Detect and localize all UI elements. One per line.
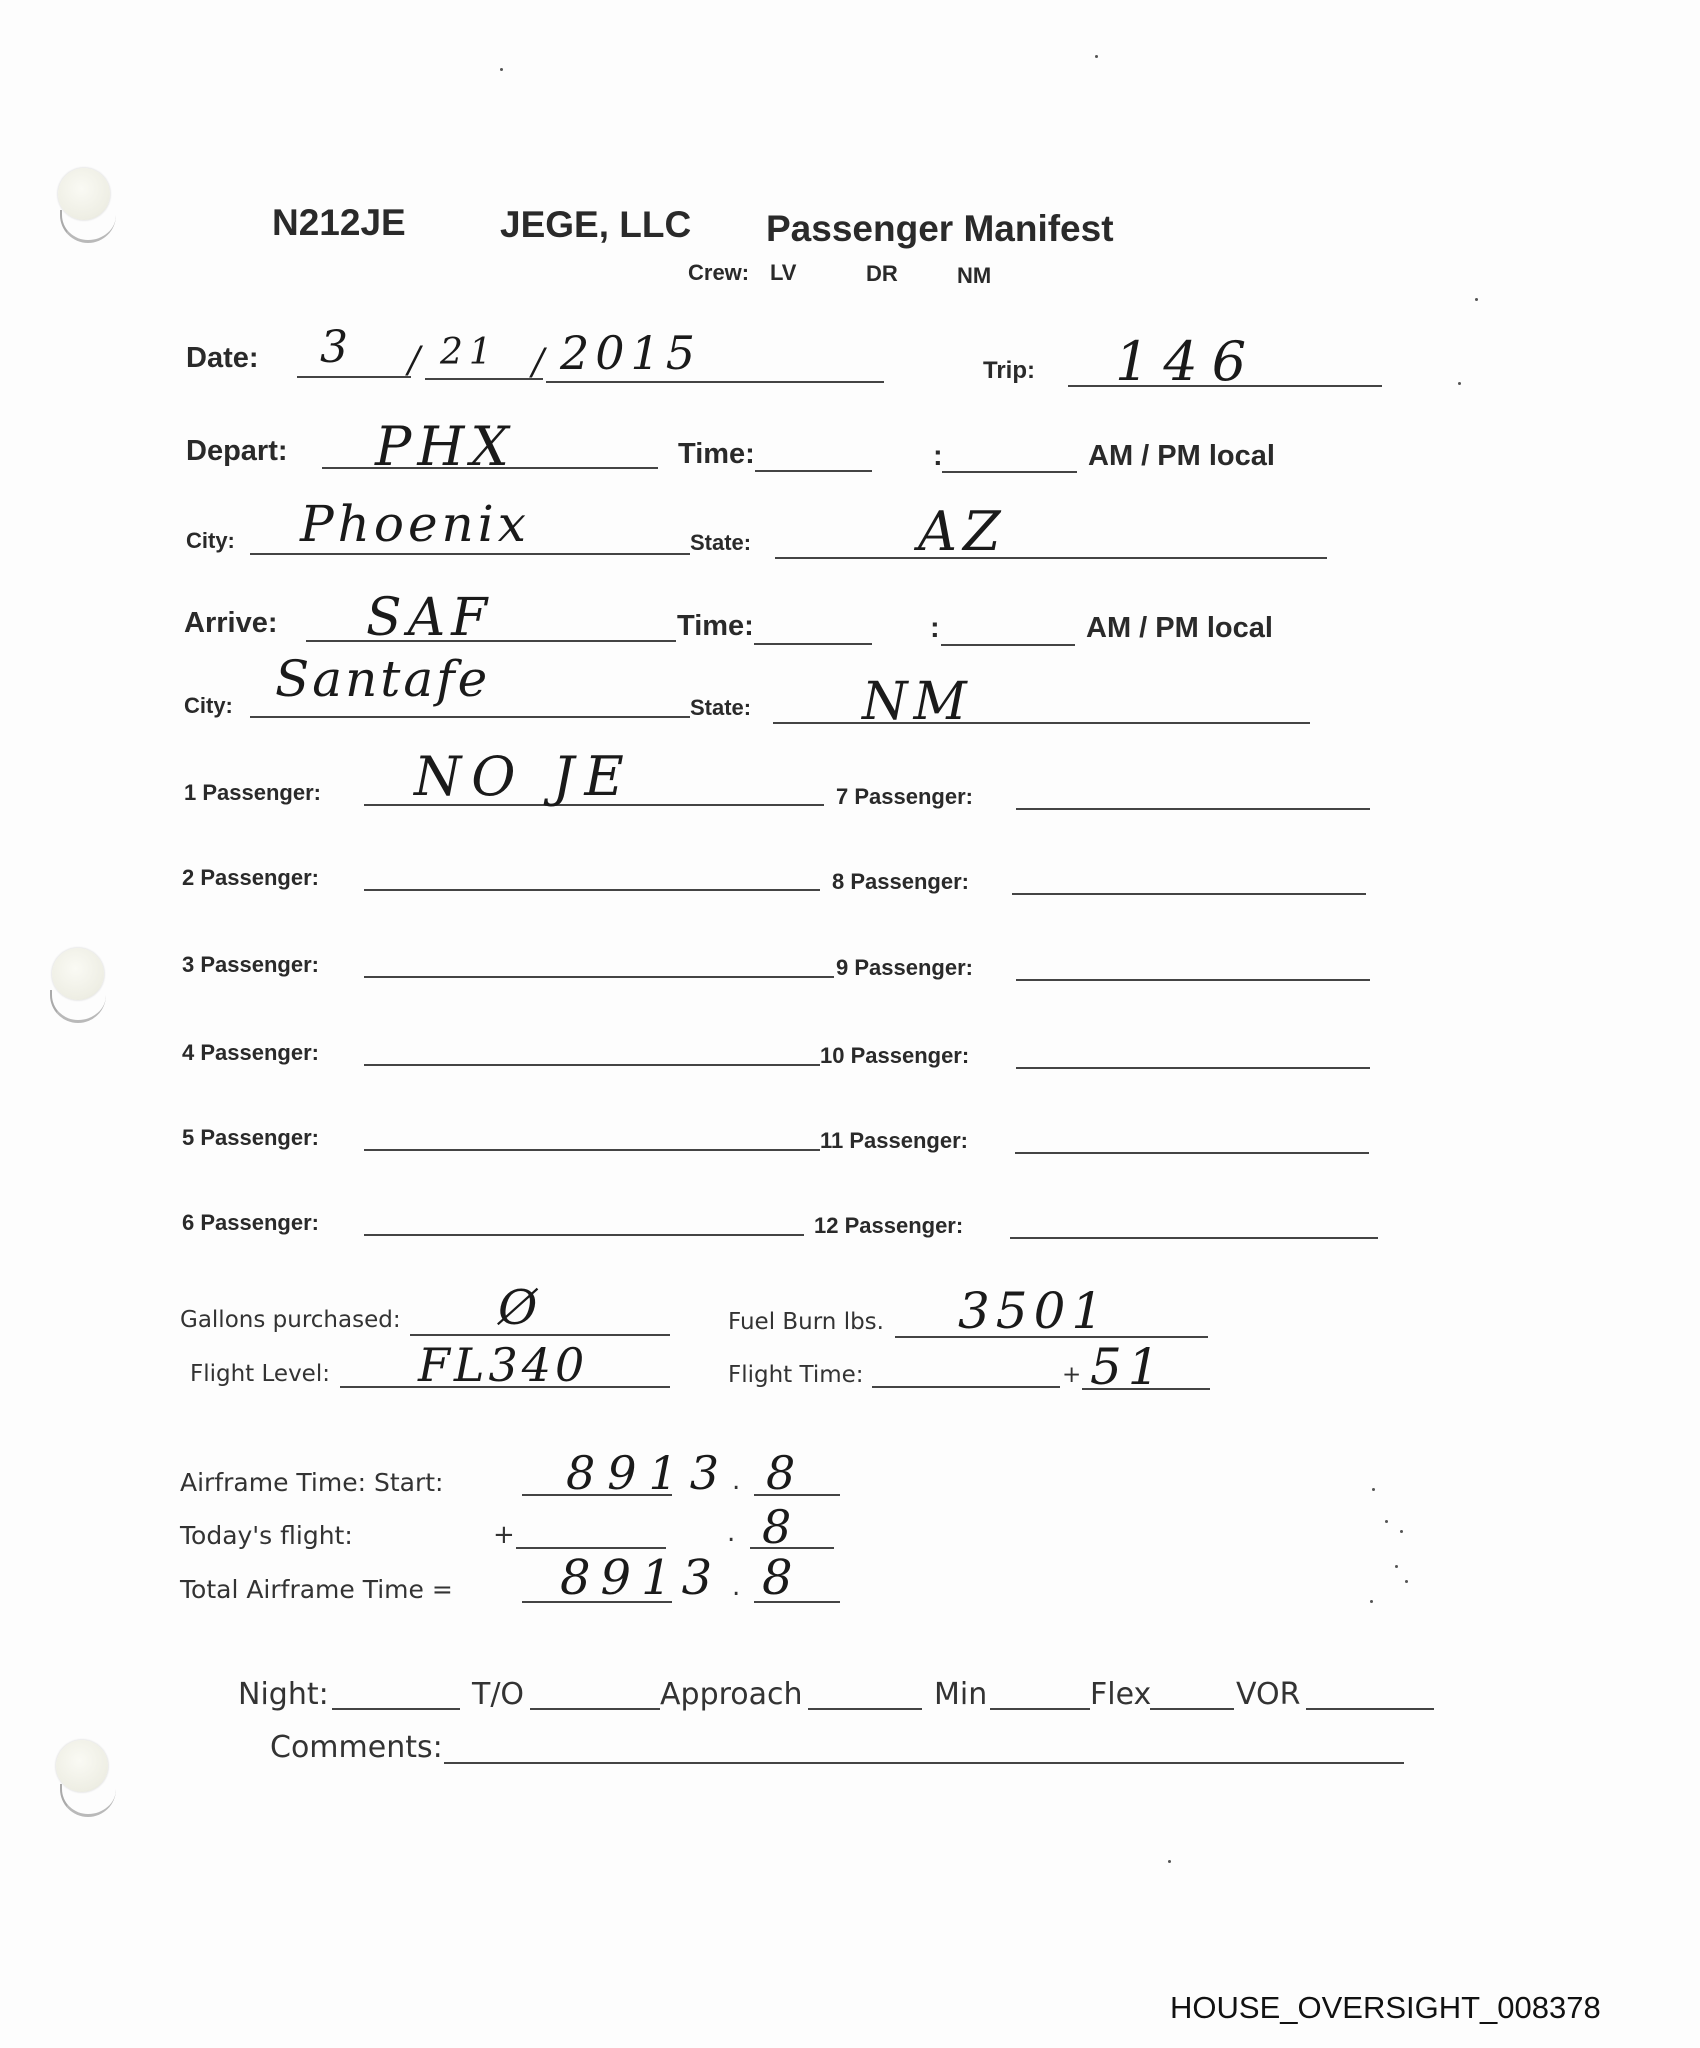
date-day-value: 21 <box>440 332 498 373</box>
date-month-value: 3 <box>320 322 354 373</box>
passenger-1-label: 1 Passenger: <box>184 780 321 806</box>
airframe-start-dot: . <box>732 1466 740 1496</box>
scan-speck <box>1458 382 1461 385</box>
passenger-4-label: 4 Passenger: <box>182 1040 319 1066</box>
depart-state-label: State: <box>690 530 751 556</box>
arrive-ampm-label: AM / PM local <box>1086 612 1273 645</box>
arrive-time-hour-field[interactable] <box>754 643 872 645</box>
passenger-12-label: 12 Passenger: <box>814 1213 963 1239</box>
scan-speck <box>1372 1488 1375 1491</box>
scan-speck <box>1405 1580 1408 1583</box>
passenger-2-field[interactable] <box>364 889 820 891</box>
date-day-field[interactable] <box>425 378 543 380</box>
crew-label: Crew: <box>688 260 749 286</box>
passenger-6-label: 6 Passenger: <box>182 1210 319 1236</box>
todays-flight-dot: . <box>727 1518 735 1548</box>
airframe-start-whole-value: 8913 <box>566 1446 731 1500</box>
trip-label: Trip: <box>983 357 1035 385</box>
arrive-state-value: NM <box>862 672 973 732</box>
passenger-12-field[interactable] <box>1010 1237 1378 1239</box>
arrive-city-field[interactable] <box>250 716 690 718</box>
flight-time-label: Flight Time: <box>728 1362 864 1388</box>
todays-flight-whole-field[interactable] <box>516 1547 666 1549</box>
passenger-7-label: 7 Passenger: <box>836 784 973 810</box>
arrive-label: Arrive: <box>184 607 278 640</box>
vor-label: VOR <box>1236 1677 1300 1712</box>
airframe-start-tenth-value: 8 <box>766 1446 801 1500</box>
night-field[interactable] <box>332 1708 460 1710</box>
passenger-10-label: 10 Passenger: <box>820 1043 969 1069</box>
total-airframe-whole-value: 8913 <box>560 1550 722 1606</box>
depart-time-hour-field[interactable] <box>755 470 872 472</box>
depart-ampm-label: AM / PM local <box>1088 440 1275 473</box>
tail-number: N212JE <box>272 202 406 244</box>
night-label: Night: <box>238 1677 329 1712</box>
depart-label: Depart: <box>186 435 288 468</box>
fuel-burn-value: 3501 <box>958 1282 1109 1340</box>
depart-city-value: Phoenix <box>300 495 530 553</box>
min-label: Min <box>934 1677 987 1712</box>
gallons-purchased-label: Gallons purchased: <box>180 1307 401 1333</box>
takeoff-field[interactable] <box>530 1708 660 1710</box>
flight-level-value: FL340 <box>418 1338 588 1392</box>
hole-punch-bottom-shadow <box>60 1784 116 1817</box>
passenger-8-label: 8 Passenger: <box>832 869 969 895</box>
trip-number-value: 146 <box>1115 330 1260 393</box>
min-field[interactable] <box>990 1708 1090 1710</box>
date-year-value: 2015 <box>560 326 701 380</box>
flex-label: Flex <box>1090 1677 1151 1712</box>
total-airframe-dot: . <box>732 1572 740 1602</box>
flex-field[interactable] <box>1150 1708 1234 1710</box>
vor-field[interactable] <box>1306 1708 1434 1710</box>
gallons-purchased-value: Ø <box>498 1280 543 1336</box>
scan-speck <box>1475 298 1478 301</box>
arrive-city-label: City: <box>184 693 233 719</box>
depart-city-label: City: <box>186 528 235 554</box>
depart-city-field[interactable] <box>250 553 690 555</box>
depart-state-field[interactable] <box>775 557 1327 559</box>
passenger-3-label: 3 Passenger: <box>182 952 319 978</box>
flight-time-hours-field[interactable] <box>872 1386 1060 1388</box>
arrive-state-field[interactable] <box>773 722 1310 724</box>
todays-flight-label: Today's flight: <box>180 1521 353 1550</box>
crew-member-3: NM <box>957 263 991 289</box>
flight-time-minutes-value: 51 <box>1090 1338 1166 1396</box>
depart-time-minute-field[interactable] <box>942 471 1077 473</box>
scan-speck <box>1095 55 1098 58</box>
todays-flight-tenth-value: 8 <box>762 1500 797 1554</box>
crew-member-2: DR <box>866 261 898 287</box>
scan-speck <box>1385 1520 1388 1523</box>
comments-field[interactable] <box>444 1762 1404 1764</box>
company-name: JEGE, LLC <box>500 204 691 246</box>
date-year-field[interactable] <box>546 381 884 383</box>
manifest-page: N212JE JEGE, LLC Passenger Manifest Crew… <box>0 0 1700 2048</box>
passenger-3-field[interactable] <box>364 976 834 978</box>
hole-punch-middle-shadow <box>50 990 106 1023</box>
date-label: Date: <box>186 342 259 375</box>
date-month-field[interactable] <box>297 376 411 378</box>
hole-punch-top-shadow <box>60 210 116 243</box>
comments-label: Comments: <box>270 1730 443 1765</box>
date-separator-2: / <box>532 342 550 383</box>
arrive-state-label: State: <box>690 695 751 721</box>
passenger-11-label: 11 Passenger: <box>820 1128 968 1154</box>
takeoff-label: T/O <box>472 1677 524 1712</box>
total-airframe-label: Total Airframe Time = <box>180 1575 453 1604</box>
arrive-time-colon: : <box>930 612 940 645</box>
scan-speck <box>500 68 503 71</box>
scan-speck <box>1395 1565 1398 1568</box>
scan-speck <box>1400 1530 1403 1533</box>
passenger-10-field[interactable] <box>1016 1067 1370 1069</box>
passenger-2-label: 2 Passenger: <box>182 865 319 891</box>
passenger-9-field[interactable] <box>1016 979 1370 981</box>
passenger-1-value: NO JE <box>414 745 634 808</box>
approach-label: Approach <box>660 1677 803 1712</box>
passenger-5-label: 5 Passenger: <box>182 1125 319 1151</box>
arrive-time-minute-field[interactable] <box>941 644 1075 646</box>
depart-time-colon: : <box>933 440 943 473</box>
approach-field[interactable] <box>808 1708 922 1710</box>
fuel-burn-label: Fuel Burn lbs. <box>728 1309 884 1335</box>
crew-member-1: LV <box>770 260 796 286</box>
passenger-6-field[interactable] <box>364 1234 804 1236</box>
passenger-7-field[interactable] <box>1016 808 1370 810</box>
scan-speck <box>1168 1860 1171 1863</box>
airframe-start-label: Airframe Time: Start: <box>180 1468 443 1497</box>
arrive-city-value: Santafe <box>275 650 490 708</box>
depart-time-label: Time: <box>678 438 755 471</box>
flight-level-label: Flight Level: <box>190 1361 330 1387</box>
bates-number: HOUSE_OVERSIGHT_008378 <box>1170 1990 1601 2026</box>
passenger-9-label: 9 Passenger: <box>836 955 973 981</box>
depart-state-value: AZ <box>918 500 1007 563</box>
passenger-8-field[interactable] <box>1012 893 1366 895</box>
page-title: Passenger Manifest <box>766 208 1114 250</box>
scan-speck <box>1370 1600 1373 1603</box>
flight-time-plus: + <box>1062 1362 1081 1388</box>
passenger-11-field[interactable] <box>1015 1152 1369 1154</box>
arrive-airport-value: SAF <box>366 588 493 648</box>
total-airframe-tenth-value: 8 <box>762 1550 799 1606</box>
date-separator-1: / <box>408 340 426 381</box>
arrive-time-label: Time: <box>677 610 754 643</box>
passenger-5-field[interactable] <box>364 1149 820 1151</box>
todays-flight-plus: + <box>493 1520 515 1550</box>
passenger-4-field[interactable] <box>364 1064 820 1066</box>
depart-airport-value: PHX <box>375 415 515 478</box>
